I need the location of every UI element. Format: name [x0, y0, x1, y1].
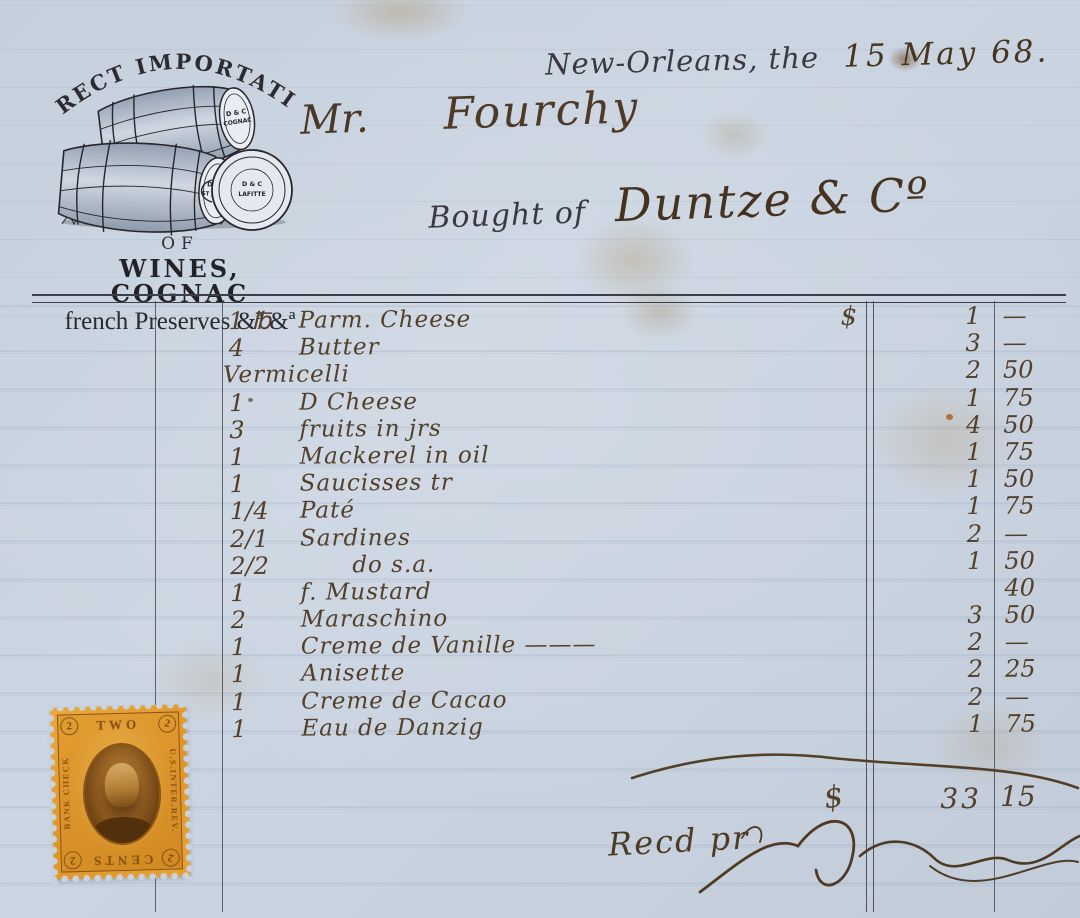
item-desc: Mackerel in oil: [299, 442, 489, 470]
stamp-portrait: [82, 742, 163, 846]
item-dollars: 1: [918, 548, 982, 575]
portrait-shoulders: [91, 816, 156, 846]
item-dollars: 1: [917, 439, 981, 466]
item-desc: do s.a.: [352, 551, 435, 579]
table-top-rule: [32, 294, 1066, 303]
stamp-perforation: [49, 871, 195, 884]
item-dollars: 2: [919, 629, 983, 656]
item-cents: 75: [1005, 710, 1061, 737]
item-qty: 1: [229, 389, 307, 417]
item-cents: —: [1004, 520, 1060, 547]
item-qty: 1: [230, 471, 308, 499]
stain: [330, 0, 470, 42]
signature-flourish: [930, 861, 1078, 881]
item-dollars: 2: [919, 684, 983, 711]
bought-of-line: Bought of Duntze & Cº: [427, 167, 930, 238]
stain: [700, 110, 770, 160]
item-cents: —: [1002, 302, 1058, 329]
item-qty: 1: [231, 634, 309, 662]
item-cents: 50: [1004, 547, 1060, 574]
portrait-head: [104, 763, 139, 808]
item-dollars: 1: [917, 384, 981, 411]
item-qty: 4: [229, 335, 307, 363]
item-desc: Maraschino: [301, 606, 449, 634]
stamp-left-text: BANK CHECK: [59, 733, 76, 853]
revenue-stamp: TWO CENTS BANK CHECK U.S.INTER.REV. 2 2 …: [50, 704, 190, 880]
item-desc: f. Mustard: [300, 579, 431, 607]
item-desc: Sardines: [300, 524, 411, 552]
item-desc: Saucisses tr: [300, 470, 453, 498]
invoice-document: DIRECT IMPORTATION D & C COGNAC: [0, 0, 1080, 918]
received-label: Recd pr: [607, 818, 750, 863]
item-desc: Eau de Danzig: [301, 714, 484, 742]
letterhead-logo: DIRECT IMPORTATION D & C COGNAC: [48, 18, 312, 335]
customer-line: Mr. Fourchy: [299, 82, 640, 145]
item-cents: 75: [1004, 493, 1060, 520]
total-dollars: 33: [918, 782, 982, 815]
currency-mark: $: [840, 304, 857, 331]
item-desc: Parm. Cheese: [298, 306, 471, 334]
customer-name: Fourchy: [443, 82, 640, 140]
total-cents: 15: [1000, 780, 1036, 813]
item-cents: 25: [1005, 656, 1061, 683]
item-desc: Vermicelli: [223, 362, 350, 390]
item-dollars: 3: [917, 330, 981, 357]
item-qty: 1 ℔: [228, 308, 306, 336]
logo-of: OF: [48, 236, 312, 254]
item-cents: —: [1005, 683, 1061, 710]
item-qty: 1: [231, 715, 309, 743]
item-desc: Butter: [299, 334, 380, 362]
item-dollars: 1: [918, 493, 982, 520]
item-dollars: 2: [918, 520, 982, 547]
item-desc: Anisette: [301, 660, 405, 688]
firm-name: Duntze & Cº: [614, 167, 931, 232]
item-desc: Paté: [300, 498, 355, 525]
item-qty: 3: [229, 416, 307, 444]
item-desc: Creme de Vanille ———: [301, 632, 597, 661]
stamp-right-text: U.S.INTER.REV.: [163, 730, 180, 850]
item-dollars: 3: [919, 602, 983, 629]
item-qty: 1/4: [230, 498, 308, 526]
total-currency-mark: $: [822, 779, 846, 816]
item-cents: —: [1003, 330, 1059, 357]
item-cents: 75: [1003, 384, 1059, 411]
item-qty: 1: [231, 688, 309, 716]
item-dollars: 1: [919, 711, 983, 738]
item-qty: 1: [230, 579, 308, 607]
item-cents: 50: [1004, 465, 1060, 492]
date-line: New-Orleans, the 15 May 68.: [545, 33, 1050, 82]
item-qty: 2/2: [230, 552, 308, 580]
customer-prefix: Mr.: [299, 96, 369, 144]
date-handwritten: 15 May 68.: [843, 33, 1050, 74]
item-desc: D Cheese: [299, 388, 418, 416]
item-cents: 50: [1005, 601, 1061, 628]
date-printed: New-Orleans, the: [545, 40, 820, 81]
item-cents: 50: [1003, 357, 1059, 384]
barrel-right-label-2: LAFITTE: [238, 191, 265, 198]
barrels-engraving-icon: DIRECT IMPORTATION D & C COGNAC: [48, 18, 312, 236]
barrel-right-label-1: D & C: [242, 180, 263, 188]
item-desc: Creme de Cacao: [301, 687, 508, 715]
item-qty: 1: [231, 661, 309, 689]
item-cents: 50: [1003, 411, 1059, 438]
signature-flourish: [860, 836, 1080, 866]
item-desc: fruits in jrs: [299, 415, 442, 443]
item-qty: 2/1: [230, 525, 308, 553]
item-qty: 2: [231, 607, 309, 635]
item-qty: 1: [229, 444, 307, 472]
item-dollars: 1: [918, 466, 982, 493]
stamp-frame: TWO CENTS BANK CHECK U.S.INTER.REV. 2 2 …: [57, 711, 183, 872]
item-dollars: 4: [917, 412, 981, 439]
item-dollars: 2: [919, 656, 983, 683]
item-dollars: 2: [917, 357, 981, 384]
item-dollars: 1: [916, 303, 980, 330]
bought-of-printed: Bought of: [428, 195, 587, 235]
item-cents: 40: [1004, 574, 1060, 601]
item-cents: 75: [1003, 438, 1059, 465]
line-items: 1 ℔ Parm. Cheese $ 1 — 4 Butter 3 — Verm…: [0, 302, 1080, 745]
item-cents: —: [1005, 629, 1061, 656]
